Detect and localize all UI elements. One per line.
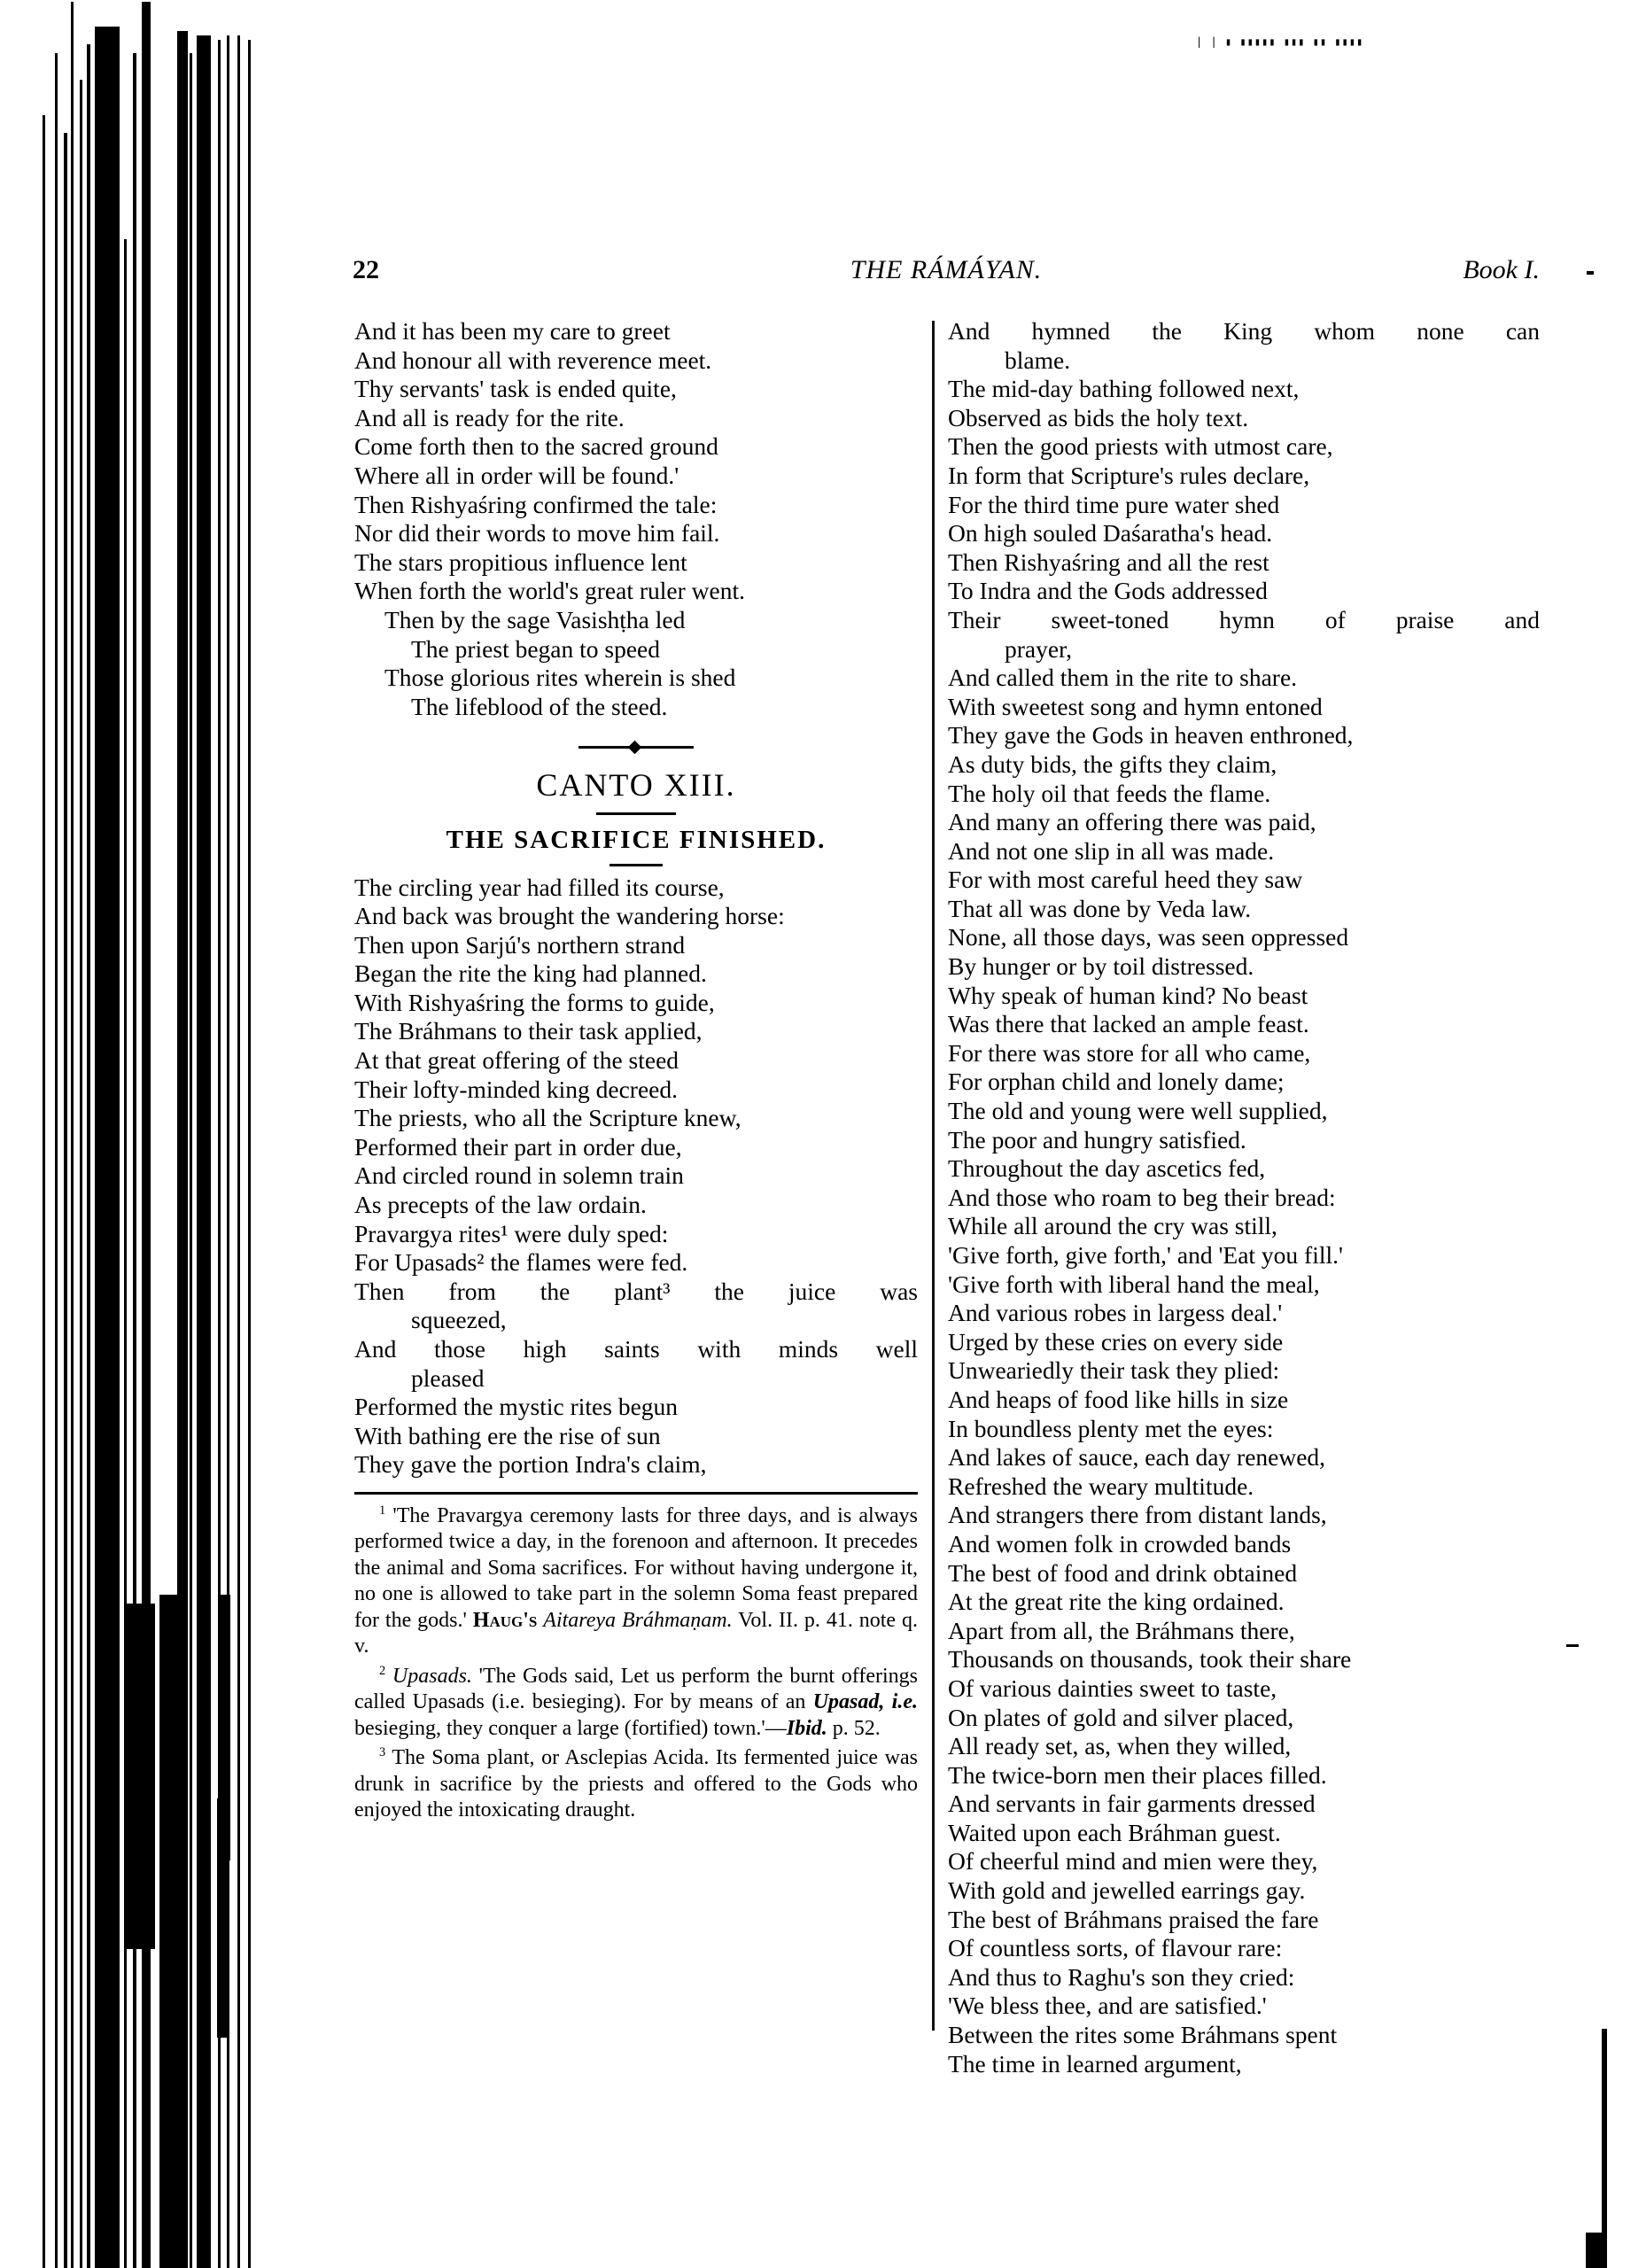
verse-line: They gave the Gods in heaven enthroned, <box>948 721 1540 750</box>
verse-line: To Indra and the Gods addressed <box>948 577 1540 606</box>
verse-line: Of countless sorts, of flavour rare: <box>948 1934 1540 1963</box>
verse-line: The best of food and drink obtained <box>948 1559 1540 1588</box>
scan-artifact-marks: | | ▮ ▮▮▮▮▮ ▮▮▮ ▮▮ ▮▮▮▮ <box>1196 35 1363 48</box>
verse-line: Waited upon each Bráhman guest. <box>948 1819 1540 1848</box>
verse-line: The best of Bráhmans praised the fare <box>948 1906 1540 1935</box>
canto-heading: CANTO XIII. <box>354 771 918 800</box>
verse-line: With gold and jewelled earrings gay. <box>948 1876 1540 1906</box>
ornamental-divider <box>578 741 694 753</box>
footnote-1: 1 'The Pravargya ceremony lasts for thre… <box>354 1503 918 1660</box>
verse-line: Then Rishyaśring confirmed the tale: <box>354 491 918 520</box>
verse-line: Began the rite the king had planned. <box>354 959 918 989</box>
opening-verse: And it has been my care to greet And hon… <box>354 317 918 721</box>
verse-line: Then the good priests with utmost care, <box>948 432 1540 462</box>
left-column: And it has been my care to greet And hon… <box>354 317 918 1828</box>
verse-line: The priests, who all the Scripture knew, <box>354 1104 918 1133</box>
verse-line: And strangers there from distant lands, <box>948 1501 1540 1530</box>
verse-line: For orphan child and lonely dame; <box>948 1068 1540 1097</box>
verse-line: Refreshed the weary multitude. <box>948 1472 1540 1502</box>
verse-line: And not one slip in all was made. <box>948 837 1540 866</box>
verse-line: Was there that lacked an ample feast. <box>948 1010 1540 1039</box>
verse-line: Urged by these cries on every side <box>948 1328 1540 1357</box>
small-rule <box>609 864 663 866</box>
verse-line: And circled round in solemn train <box>354 1161 918 1191</box>
footnote-rule <box>354 1492 918 1495</box>
verse-line: In boundless plenty met the eyes: <box>948 1415 1540 1444</box>
footnote-text: besieging, they conquer a large (fortifi… <box>354 1717 787 1740</box>
verse-line: When forth the world's great ruler went. <box>354 577 918 606</box>
verse-line: Where all in order will be found.' <box>354 462 918 491</box>
verse-line: And those who roam to beg their bread: <box>948 1184 1540 1213</box>
verse-line: Pravargya rites¹ were duly sped: <box>354 1220 918 1249</box>
edge-shadow <box>1586 2233 1607 2268</box>
verse-line: And many an offering there was paid, <box>948 808 1540 837</box>
verse-line: Come forth then to the sacred ground <box>354 432 918 462</box>
verse-line: In form that Scripture's rules declare, <box>948 462 1540 491</box>
verse-line: With bathing ere the rise of sun <box>354 1422 918 1451</box>
verse-line: Of cheerful mind and mien were they, <box>948 1847 1540 1876</box>
verse-line: The lifeblood of the steed. <box>354 693 918 722</box>
verse-line: As duty bids, the gifts they claim, <box>948 750 1540 780</box>
right-column: And hymned the King whom none canblame.T… <box>948 317 1540 2078</box>
verse-line: Apart from all, the Bráhmans there, <box>948 1617 1540 1646</box>
book-label: Book I. <box>1463 255 1540 285</box>
verse-line: For the third time pure water shed <box>948 491 1540 520</box>
verse-line: And hymned the King whom none can <box>948 317 1540 346</box>
section-heading: THE SACRIFICE FINISHED. <box>354 826 918 855</box>
footnote-marker: 1 <box>379 1503 385 1518</box>
footnote-ibid: Ibid. <box>787 1717 827 1740</box>
verse-line-continuation: squeezed, <box>354 1306 918 1335</box>
verse-line: The poor and hungry satisfied. <box>948 1126 1540 1155</box>
verse-line: Then Rishyaśring and all the rest <box>948 548 1540 578</box>
verse-line: 'We bless thee, and are satisfied.' <box>948 1992 1540 2021</box>
small-rule <box>596 812 676 815</box>
verse-line: Thousands on thousands, took their share <box>948 1645 1540 1674</box>
verse-line: And thus to Raghu's son they cried: <box>948 1963 1540 1992</box>
verse-line: With sweetest song and hymn entoned <box>948 693 1540 722</box>
verse-line: By hunger or by toil distressed. <box>948 952 1540 982</box>
footnote-text: The Soma plant, or Asclepias Acida. Its … <box>354 1746 918 1821</box>
verse-line: Nor did their words to move him fail. <box>354 519 918 548</box>
verse-line: While all around the cry was still, <box>948 1212 1540 1241</box>
running-head: 22 THE RÁMÁYAN. Book I. <box>353 255 1540 291</box>
verse-line: As precepts of the law ordain. <box>354 1191 918 1220</box>
verse-line: The twice-born men their places filled. <box>948 1761 1540 1790</box>
verse-line: None, all those days, was seen oppressed <box>948 923 1540 952</box>
verse-line-continuation: pleased <box>354 1364 918 1394</box>
verse-line: With Rishyaśring the forms to guide, <box>354 989 918 1018</box>
footnote-marker: 3 <box>379 1745 385 1759</box>
verse-line: And women folk in crowded bands <box>948 1530 1540 1559</box>
verse-line: And back was brought the wandering horse… <box>354 902 918 931</box>
verse-line: Those glorious rites wherein is shed <box>354 664 918 693</box>
verse-line: The priest began to speed <box>354 635 918 664</box>
verse-line: On high souled Daśaratha's head. <box>948 519 1540 548</box>
verse-line: Why speak of human kind? No beast <box>948 982 1540 1011</box>
verse-line: Performed the mystic rites begun <box>354 1393 918 1422</box>
verse-line: At that great offering of the steed <box>354 1046 918 1076</box>
verse-line: And various robes in largess deal.' <box>948 1299 1540 1328</box>
edge-arrow-mark <box>1566 1644 1579 1647</box>
verse-line: At the great rite the king ordained. <box>948 1588 1540 1617</box>
verse-line: The mid-day bathing followed next, <box>948 375 1540 404</box>
verse-line: Unweariedly their task they plied: <box>948 1356 1540 1386</box>
verse-line: Throughout the day ascetics fed, <box>948 1154 1540 1184</box>
verse-line: The holy oil that feeds the flame. <box>948 780 1540 809</box>
verse-line: The circling year had filled its course, <box>354 874 918 903</box>
scanned-spine-shadow <box>0 0 266 2268</box>
verse-line: Then upon Sarjú's northern strand <box>354 931 918 960</box>
verse-line: And servants in fair garments dressed <box>948 1790 1540 1819</box>
verse-line: The Bráhmans to their task applied, <box>354 1017 918 1046</box>
running-title: THE RÁMÁYAN. <box>353 255 1540 285</box>
footnote-marker: 2 <box>379 1664 385 1678</box>
verse-line: On plates of gold and silver placed, <box>948 1704 1540 1733</box>
verse-line: And those high saints with minds well <box>354 1335 918 1364</box>
verse-line: The time in learned argument, <box>948 2050 1540 2079</box>
verse-line: That all was done by Veda law. <box>948 895 1540 924</box>
verse-line: Then by the sage Vasishṭha led <box>354 606 918 635</box>
footnote-2: 2 Upasads. 'The Gods said, Let us perfor… <box>354 1664 918 1743</box>
verse-line-continuation: blame. <box>948 346 1540 376</box>
footnote-term: Upasad, i.e. <box>813 1690 918 1713</box>
footnote-term: Upasads. <box>392 1665 472 1688</box>
verse-line: And called them in the rite to share. <box>948 664 1540 693</box>
verse-line: For Upasads² the flames were fed. <box>354 1248 918 1278</box>
verse-line: Then from the plant³ the juice was <box>354 1278 918 1307</box>
verse-line: The old and young were well supplied, <box>948 1097 1540 1126</box>
footnote-3: 3 The Soma plant, or Asclepias Acida. It… <box>354 1745 918 1824</box>
verse-line: Their sweet-toned hymn of praise and <box>948 606 1540 635</box>
verse-line: Their lofty-minded king decreed. <box>354 1076 918 1105</box>
verse-line: Between the rites some Bráhmans spent <box>948 2021 1540 2050</box>
verse-line: Of various dainties sweet to taste, <box>948 1674 1540 1704</box>
verse-line: And lakes of sauce, each day renewed, <box>948 1443 1540 1472</box>
canto-verse: The circling year had filled its course,… <box>354 874 918 1480</box>
column-divider <box>932 321 935 2031</box>
verse-line: The stars propitious influence lent <box>354 548 918 578</box>
verse-line: All ready set, as, when they willed, <box>948 1732 1540 1761</box>
footnote-ref: p. 52. <box>833 1717 881 1740</box>
verse-line: For with most careful heed they saw <box>948 866 1540 895</box>
verse-line: For there was store for all who came, <box>948 1039 1540 1068</box>
footnote-source-author: Haug's <box>473 1609 538 1632</box>
verse-line: 'Give forth with liberal hand the meal, <box>948 1270 1540 1300</box>
footnotes: 1 'The Pravargya ceremony lasts for thre… <box>354 1503 918 1824</box>
verse-line: And heaps of food like hills in size <box>948 1386 1540 1415</box>
verse-line: And it has been my care to greet <box>354 317 918 346</box>
verse-line: Thy servants' task is ended quite, <box>354 375 918 404</box>
edge-dot <box>1587 271 1594 275</box>
verse-line: And all is ready for the rite. <box>354 404 918 433</box>
verse-line: They gave the portion Indra's claim, <box>354 1450 918 1480</box>
verse-line: Observed as bids the holy text. <box>948 404 1540 433</box>
verse-line: 'Give forth, give forth,' and 'Eat you f… <box>948 1241 1540 1270</box>
verse-line: Performed their part in order due, <box>354 1133 918 1162</box>
footnote-source-title: Aitareya Bráhmaṇam. <box>543 1609 732 1632</box>
verse-line: And honour all with reverence meet. <box>354 346 918 376</box>
verse-line-continuation: prayer, <box>948 635 1540 664</box>
